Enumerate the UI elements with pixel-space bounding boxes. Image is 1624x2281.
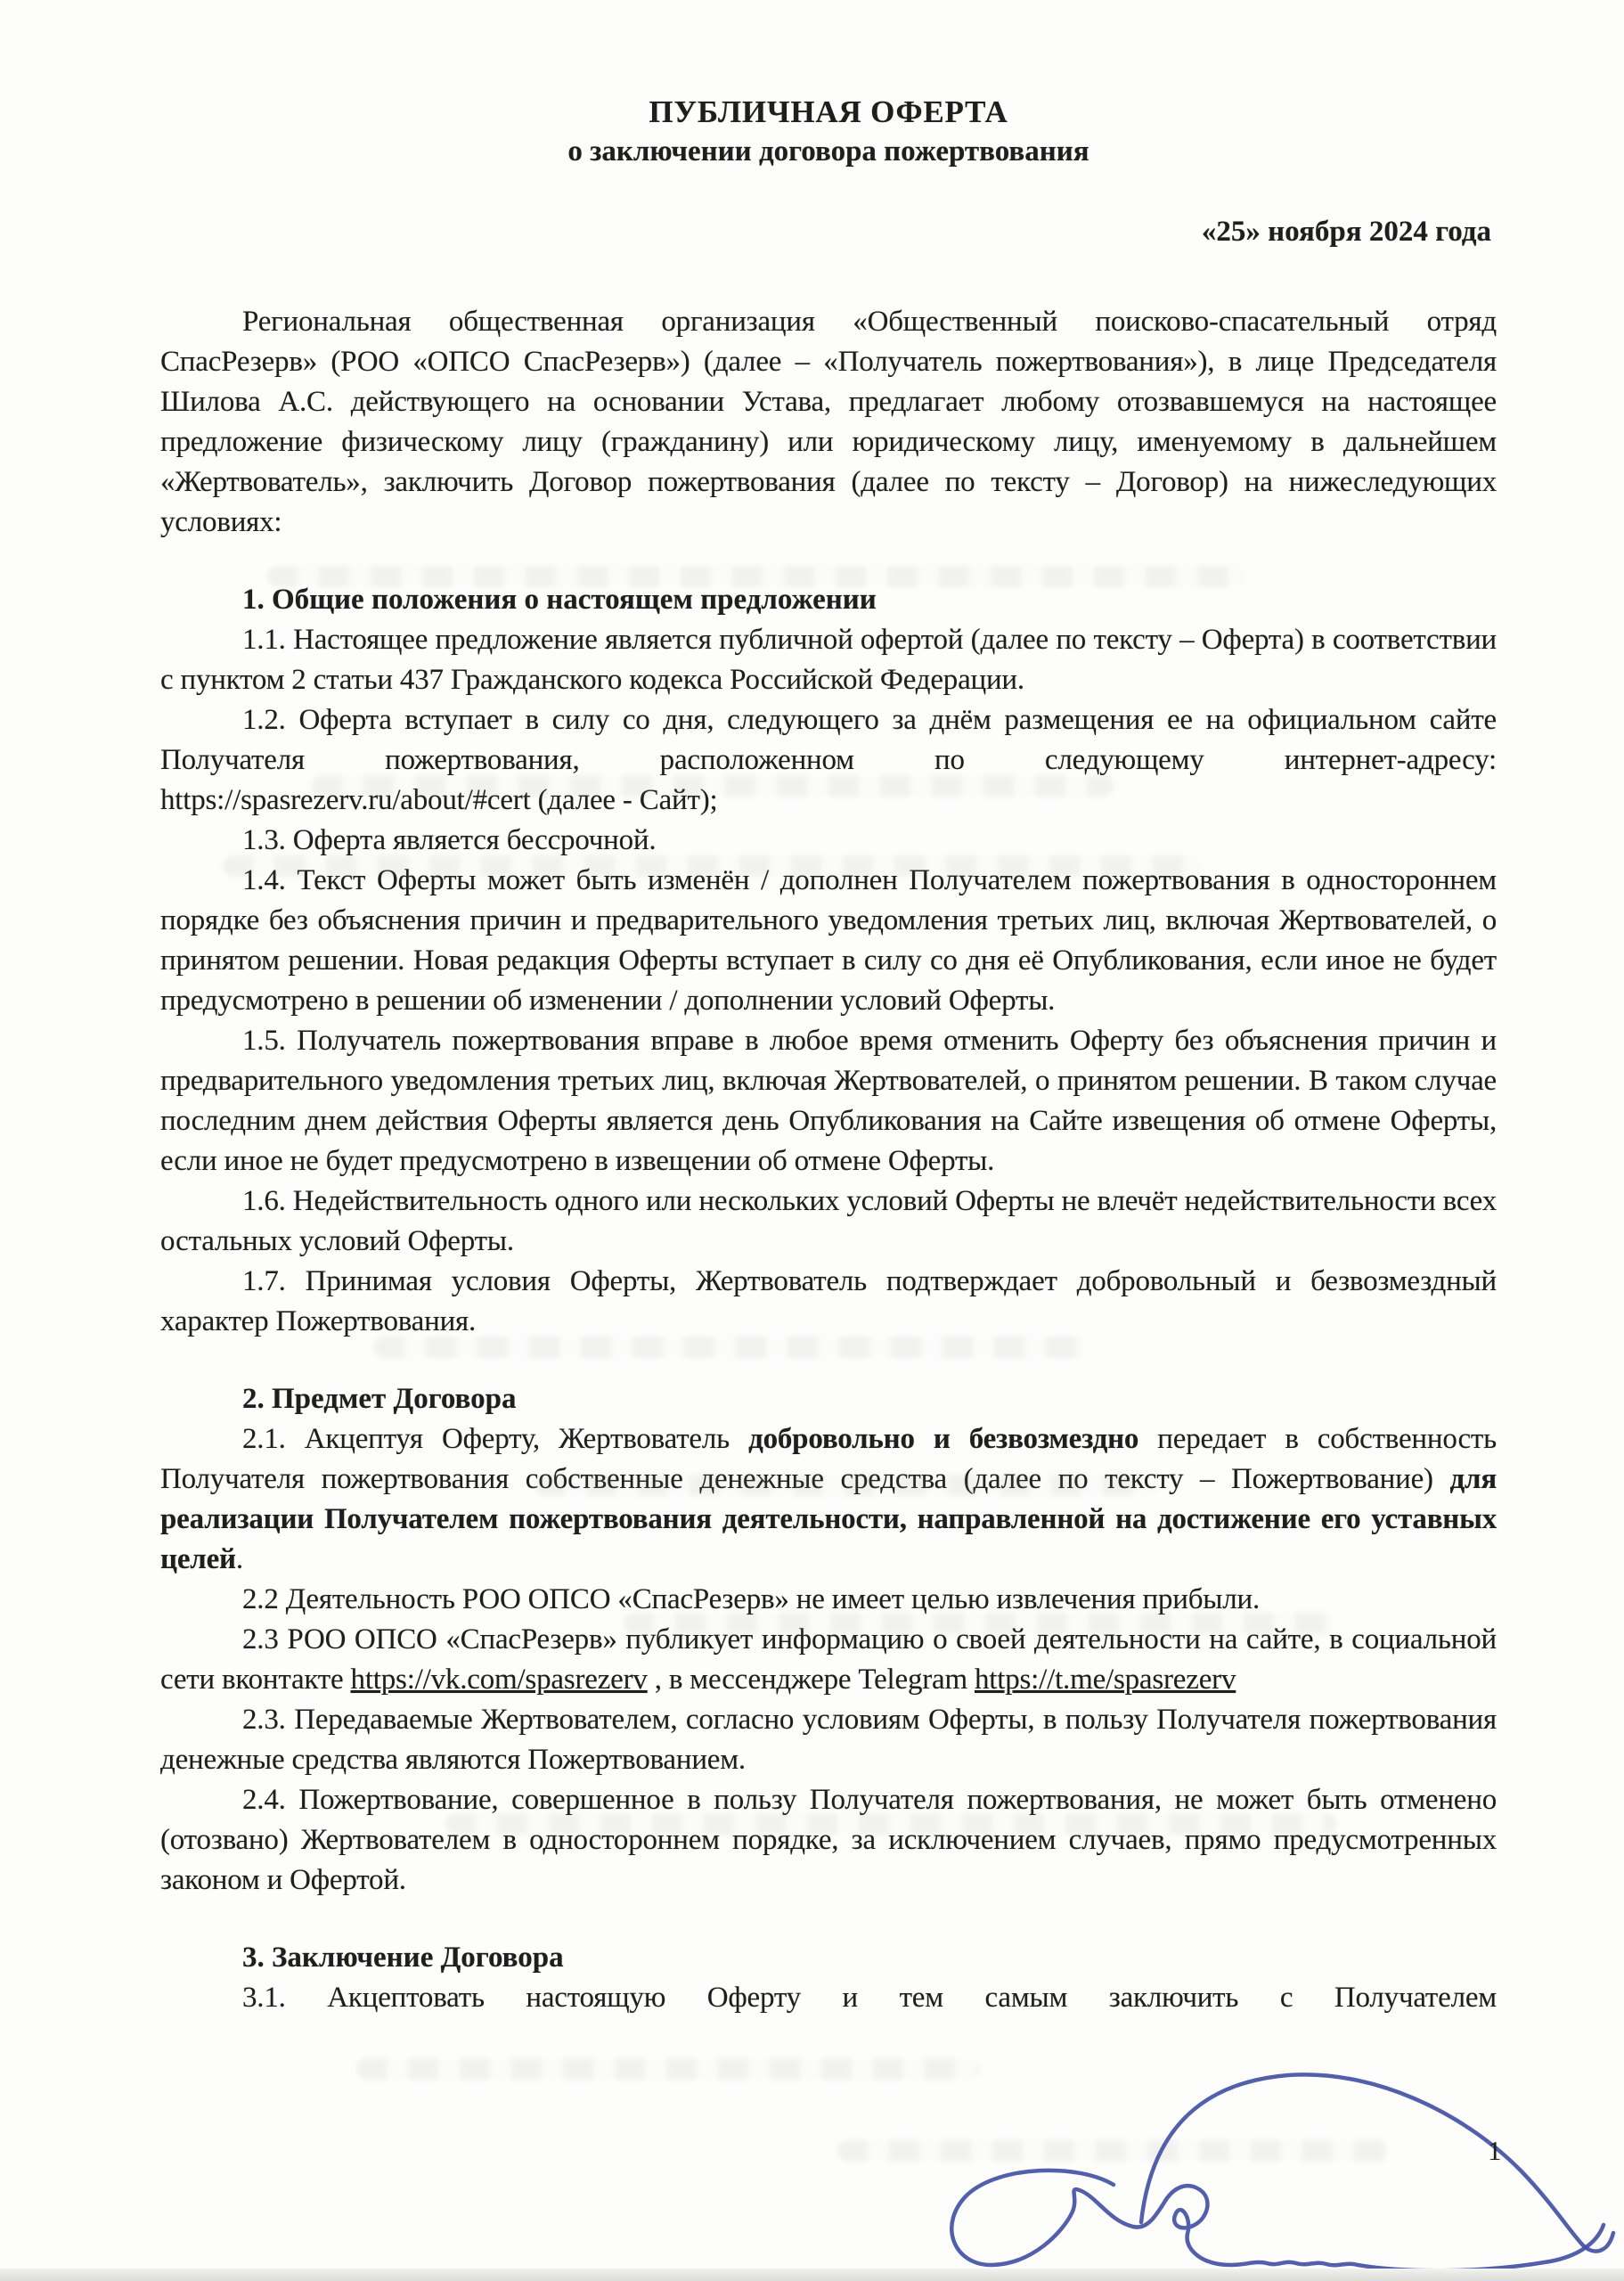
clause-1-1: 1.1. Настоящее предложение является публ…: [160, 620, 1497, 700]
intro-paragraph: Региональная общественная организация «О…: [160, 302, 1497, 543]
telegram-link: https://t.me/spasrezerv: [975, 1664, 1236, 1696]
page-number: 1: [1488, 2135, 1502, 2167]
scan-artifact: [223, 855, 1203, 877]
section-3-heading: 3. Заключение Договора: [160, 1938, 1497, 1978]
clause-1-6: 1.6. Недействительность одного или неско…: [160, 1181, 1497, 1262]
clause-2-4: 2.4. Пожертвование, совершенное в пользу…: [160, 1780, 1497, 1901]
signature: [891, 2049, 1624, 2281]
document-content: ПУБЛИЧНАЯ ОФЕРТА о заключении договора п…: [160, 93, 1497, 2018]
clause-2-1: 2.1. Акцептуя Оферту, Жертвователь добро…: [160, 1419, 1497, 1580]
clause-2-3-text: , в мессенджере Telegram: [648, 1664, 975, 1696]
scan-artifact: [837, 2140, 1390, 2162]
scan-artifact: [312, 775, 1114, 797]
document-title: ПУБЛИЧНАЯ ОФЕРТА: [160, 93, 1497, 132]
scan-artifact: [624, 1613, 1336, 1634]
clause-1-2: 1.2. Оферта вступает в силу со дня, след…: [160, 700, 1497, 821]
signature-letters-stroke: [951, 2171, 1604, 2270]
clause-2-1-text: 2.1. Акцептуя Оферту, Жертвователь: [242, 1423, 748, 1455]
clause-3-1: 3.1. Акцептовать настоящую Оферту и тем …: [160, 1978, 1497, 2018]
document-subtitle: о заключении договора пожертвования: [160, 132, 1497, 171]
scan-artifact: [374, 1337, 1087, 1358]
clause-2-1-text: .: [236, 1543, 243, 1575]
document-date: «25» ноября 2024 года: [160, 212, 1497, 252]
scan-artifact: [267, 566, 1247, 587]
scan-bottom-edge: [0, 2269, 1624, 2281]
clause-1-4: 1.4. Текст Оферты может быть изменён / д…: [160, 861, 1497, 1021]
signature-arc-stroke: [1141, 2074, 1613, 2251]
scan-artifact: [445, 1813, 1336, 1835]
clause-2-3: 2.3. Передаваемые Жертвователем, согласн…: [160, 1700, 1497, 1780]
clause-2-1-bold-voluntary: добровольно и безвозмездно: [748, 1423, 1138, 1455]
scan-artifact: [535, 1475, 1158, 1496]
scan-artifact: [356, 2058, 980, 2080]
clause-1-7: 1.7. Принимая условия Оферты, Жертвовате…: [160, 1262, 1497, 1342]
section-2-heading: 2. Предмет Договора: [160, 1379, 1497, 1419]
clause-1-5: 1.5. Получатель пожертвования вправе в л…: [160, 1021, 1497, 1181]
vk-link: https://vk.com/spasrezerv: [351, 1664, 648, 1696]
scanned-document-page: ПУБЛИЧНАЯ ОФЕРТА о заключении договора п…: [0, 0, 1624, 2281]
